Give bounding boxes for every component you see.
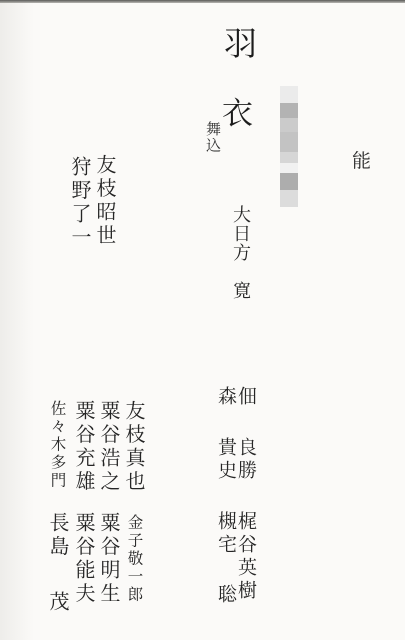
redaction-strip bbox=[280, 86, 298, 207]
title-char-1: 羽 bbox=[224, 29, 257, 62]
redaction-block bbox=[280, 118, 298, 132]
chorus-name: 佐々木多門 bbox=[49, 400, 65, 490]
scan-top-edge bbox=[0, 0, 405, 3]
musician-name: 槻宅 bbox=[216, 511, 235, 557]
chorus-name: 金子敬一郎 bbox=[126, 514, 142, 604]
chorus-name-surname: 長島 bbox=[47, 512, 67, 559]
chorus-name: 粟谷能夫 bbox=[73, 512, 93, 606]
performer-name-waki: 大日方 寛 bbox=[232, 205, 250, 300]
performer-name-shite: 友枝昭世 bbox=[94, 154, 114, 248]
musician-name: 佃 bbox=[236, 386, 255, 409]
chorus-name: 粟谷充雄 bbox=[73, 400, 93, 494]
noh-program-page: 羽 衣 舞込 能 友枝昭世 狩野了一 大日方 寛 佃 良勝 梶谷英樹 森 貴史 … bbox=[0, 0, 405, 640]
musician-name: 良勝 bbox=[236, 437, 255, 483]
redaction-block bbox=[280, 190, 298, 207]
chorus-name: 友枝真也 bbox=[123, 400, 143, 494]
redaction-block bbox=[280, 173, 298, 190]
redaction-block bbox=[280, 163, 298, 173]
musician-name: 聡 bbox=[216, 584, 235, 607]
variant-note: 舞込 bbox=[204, 121, 219, 154]
genre-label: 能 bbox=[352, 152, 371, 171]
scan-left-shadow bbox=[0, 0, 34, 640]
redaction-block bbox=[280, 132, 298, 152]
redaction-block bbox=[280, 103, 298, 118]
musician-name: 梶谷英樹 bbox=[236, 511, 255, 603]
title-char-2: 衣 bbox=[222, 98, 253, 129]
redaction-block bbox=[280, 86, 298, 103]
performer-name-tsure: 狩野了一 bbox=[69, 156, 89, 250]
chorus-name: 粟谷明生 bbox=[98, 512, 118, 606]
musician-name: 貴史 bbox=[216, 437, 235, 483]
musician-name: 森 bbox=[216, 386, 235, 409]
chorus-name-given: 茂 bbox=[47, 591, 67, 615]
chorus-name: 粟谷浩之 bbox=[98, 400, 118, 494]
redaction-block bbox=[280, 152, 298, 163]
